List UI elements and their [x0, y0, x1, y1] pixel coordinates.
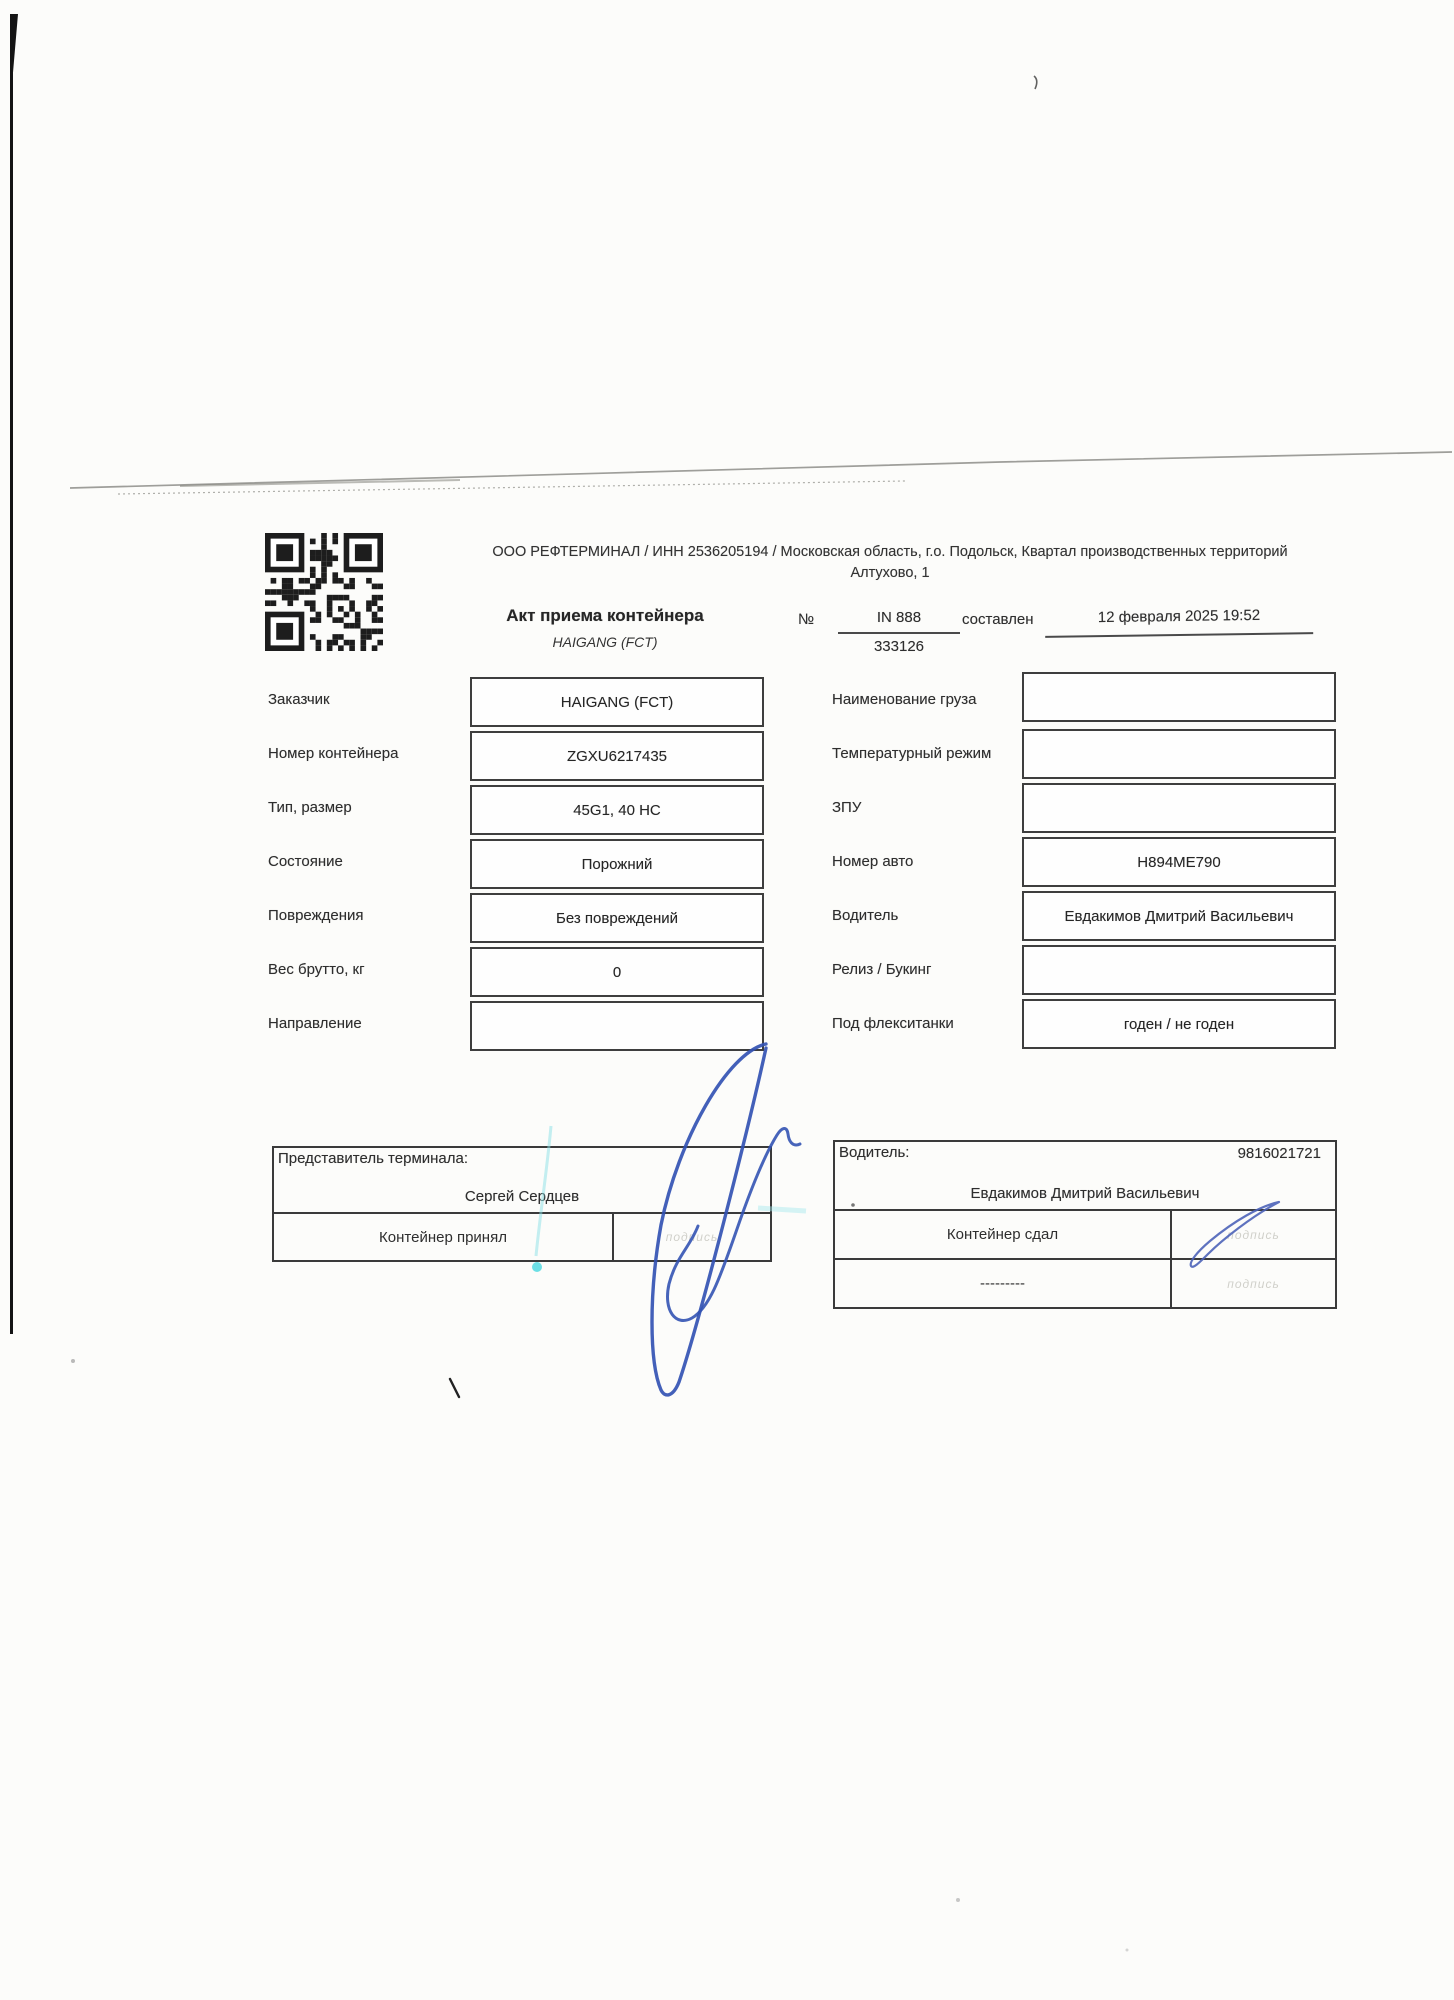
driver-phone: 9816021721 — [1238, 1145, 1321, 1162]
field-value-release-booking — [1022, 945, 1336, 995]
field-value-damages: Без повреждений — [470, 893, 764, 943]
terminal-representative-name: Сергей Сердцев — [274, 1188, 770, 1205]
scan-crease-line — [70, 452, 1452, 488]
terminal-signature-table: Представитель терминала: Сергей Сердцев … — [272, 1146, 772, 1262]
field-label-driver: Водитель — [832, 893, 898, 939]
field-value-direction — [470, 1001, 764, 1051]
composed-date-value: 12 февраля 2025 19:52 — [1045, 602, 1313, 638]
field-value-gross-weight: 0 — [470, 947, 764, 997]
stray-dot-4 — [1126, 1949, 1129, 1952]
scan-edge-artifact — [10, 14, 13, 1334]
driver-action-cell: Контейнер сдал — [835, 1211, 1172, 1258]
stray-comma-mark — [1034, 76, 1037, 89]
company-header: ООО РЕФТЕРМИНАЛ / ИНН 2536205194 / Моско… — [420, 542, 1360, 584]
field-value-cargo-name — [1022, 672, 1336, 722]
driver-title: Водитель: — [839, 1144, 909, 1161]
driver-header: Водитель: 9816021721 Евдакимов Дмитрий В… — [835, 1142, 1335, 1209]
stray-backslash-mark — [450, 1379, 459, 1397]
field-label-condition: Состояние — [268, 839, 343, 885]
field-value-temperature-mode — [1022, 729, 1336, 779]
terminal-title: Представитель терминала: — [278, 1150, 468, 1167]
field-label-temperature-mode: Температурный режим — [832, 731, 991, 777]
driver-dashes-row: --------- подпись — [835, 1258, 1335, 1307]
cyan-smudge-dot — [532, 1262, 542, 1272]
field-value-truck-number: Н894МЕ790 — [1022, 837, 1336, 887]
field-value-seal — [1022, 783, 1336, 833]
number-value: IN 888 — [838, 606, 960, 634]
field-label-customer: Заказчик — [268, 677, 330, 723]
driver-name: Евдакимов Дмитрий Васильевич — [835, 1185, 1335, 1202]
composed-label: составлен — [962, 611, 1034, 628]
scan-edge-corner-artifact — [10, 14, 18, 72]
company-line1: ООО РЕФТЕРМИНАЛ / ИНН 2536205194 / Моско… — [492, 544, 1287, 560]
field-value-condition: Порожний — [470, 839, 764, 889]
field-value-flexitank: годен / не годен — [1022, 999, 1336, 1049]
document-subtitle: HAIGANG (FCT) — [420, 634, 790, 650]
driver-signature-cell-2: подпись — [1172, 1260, 1335, 1307]
number-label: № — [798, 611, 814, 628]
terminal-action-cell: Контейнер принял — [274, 1214, 614, 1260]
field-label-direction: Направление — [268, 1001, 362, 1047]
scan-crease-dotted — [118, 481, 905, 494]
driver-action-label: Контейнер сдал — [947, 1226, 1058, 1243]
driver-dashes-label: --------- — [980, 1275, 1025, 1292]
driver-signature-cell: подпись — [1172, 1211, 1335, 1258]
driver-signature-table: Водитель: 9816021721 Евдакимов Дмитрий В… — [833, 1140, 1337, 1309]
terminal-action-row: Контейнер принял подпись — [274, 1212, 770, 1260]
number-sub-value: 333126 — [838, 638, 960, 655]
scan-crease-line-dark — [180, 480, 460, 486]
field-label-cargo-name: Наименование груза — [832, 677, 977, 723]
field-label-flexitank: Под флекситанки — [832, 1001, 954, 1047]
field-value-customer: HAIGANG (FCT) — [470, 677, 764, 727]
field-value-type-size: 45G1, 40 HC — [470, 785, 764, 835]
field-label-gross-weight: Вес брутто, кг — [268, 947, 365, 993]
driver-signature-watermark-2: подпись — [1227, 1277, 1280, 1291]
company-line2: Алтухово, 1 — [850, 565, 929, 581]
field-value-container-number: ZGXU6217435 — [470, 731, 764, 781]
driver-signature-watermark: подпись — [1227, 1228, 1280, 1242]
field-label-type-size: Тип, размер — [268, 785, 352, 831]
document-title: Акт приема контейнера — [420, 606, 790, 626]
terminal-signature-cell: подпись — [614, 1214, 770, 1260]
qr-code — [265, 533, 383, 651]
terminal-signature-watermark: подпись — [666, 1230, 719, 1244]
field-label-seal: ЗПУ — [832, 785, 861, 831]
field-label-truck-number: Номер авто — [832, 839, 913, 885]
stray-dot-2 — [71, 1359, 75, 1363]
scanned-document-page: ООО РЕФТЕРМИНАЛ / ИНН 2536205194 / Моско… — [0, 0, 1454, 2000]
field-label-container-number: Номер контейнера — [268, 731, 398, 777]
field-label-release-booking: Релиз / Букинг — [832, 947, 931, 993]
driver-dashes-cell: --------- — [835, 1260, 1172, 1307]
terminal-header: Представитель терминала: Сергей Сердцев — [274, 1148, 770, 1212]
field-value-driver: Евдакимов Дмитрий Васильевич — [1022, 891, 1336, 941]
stray-dot-3 — [956, 1898, 960, 1902]
field-label-damages: Повреждения — [268, 893, 364, 939]
terminal-action-label: Контейнер принял — [379, 1229, 507, 1246]
driver-action-row: Контейнер сдал подпись — [835, 1209, 1335, 1258]
